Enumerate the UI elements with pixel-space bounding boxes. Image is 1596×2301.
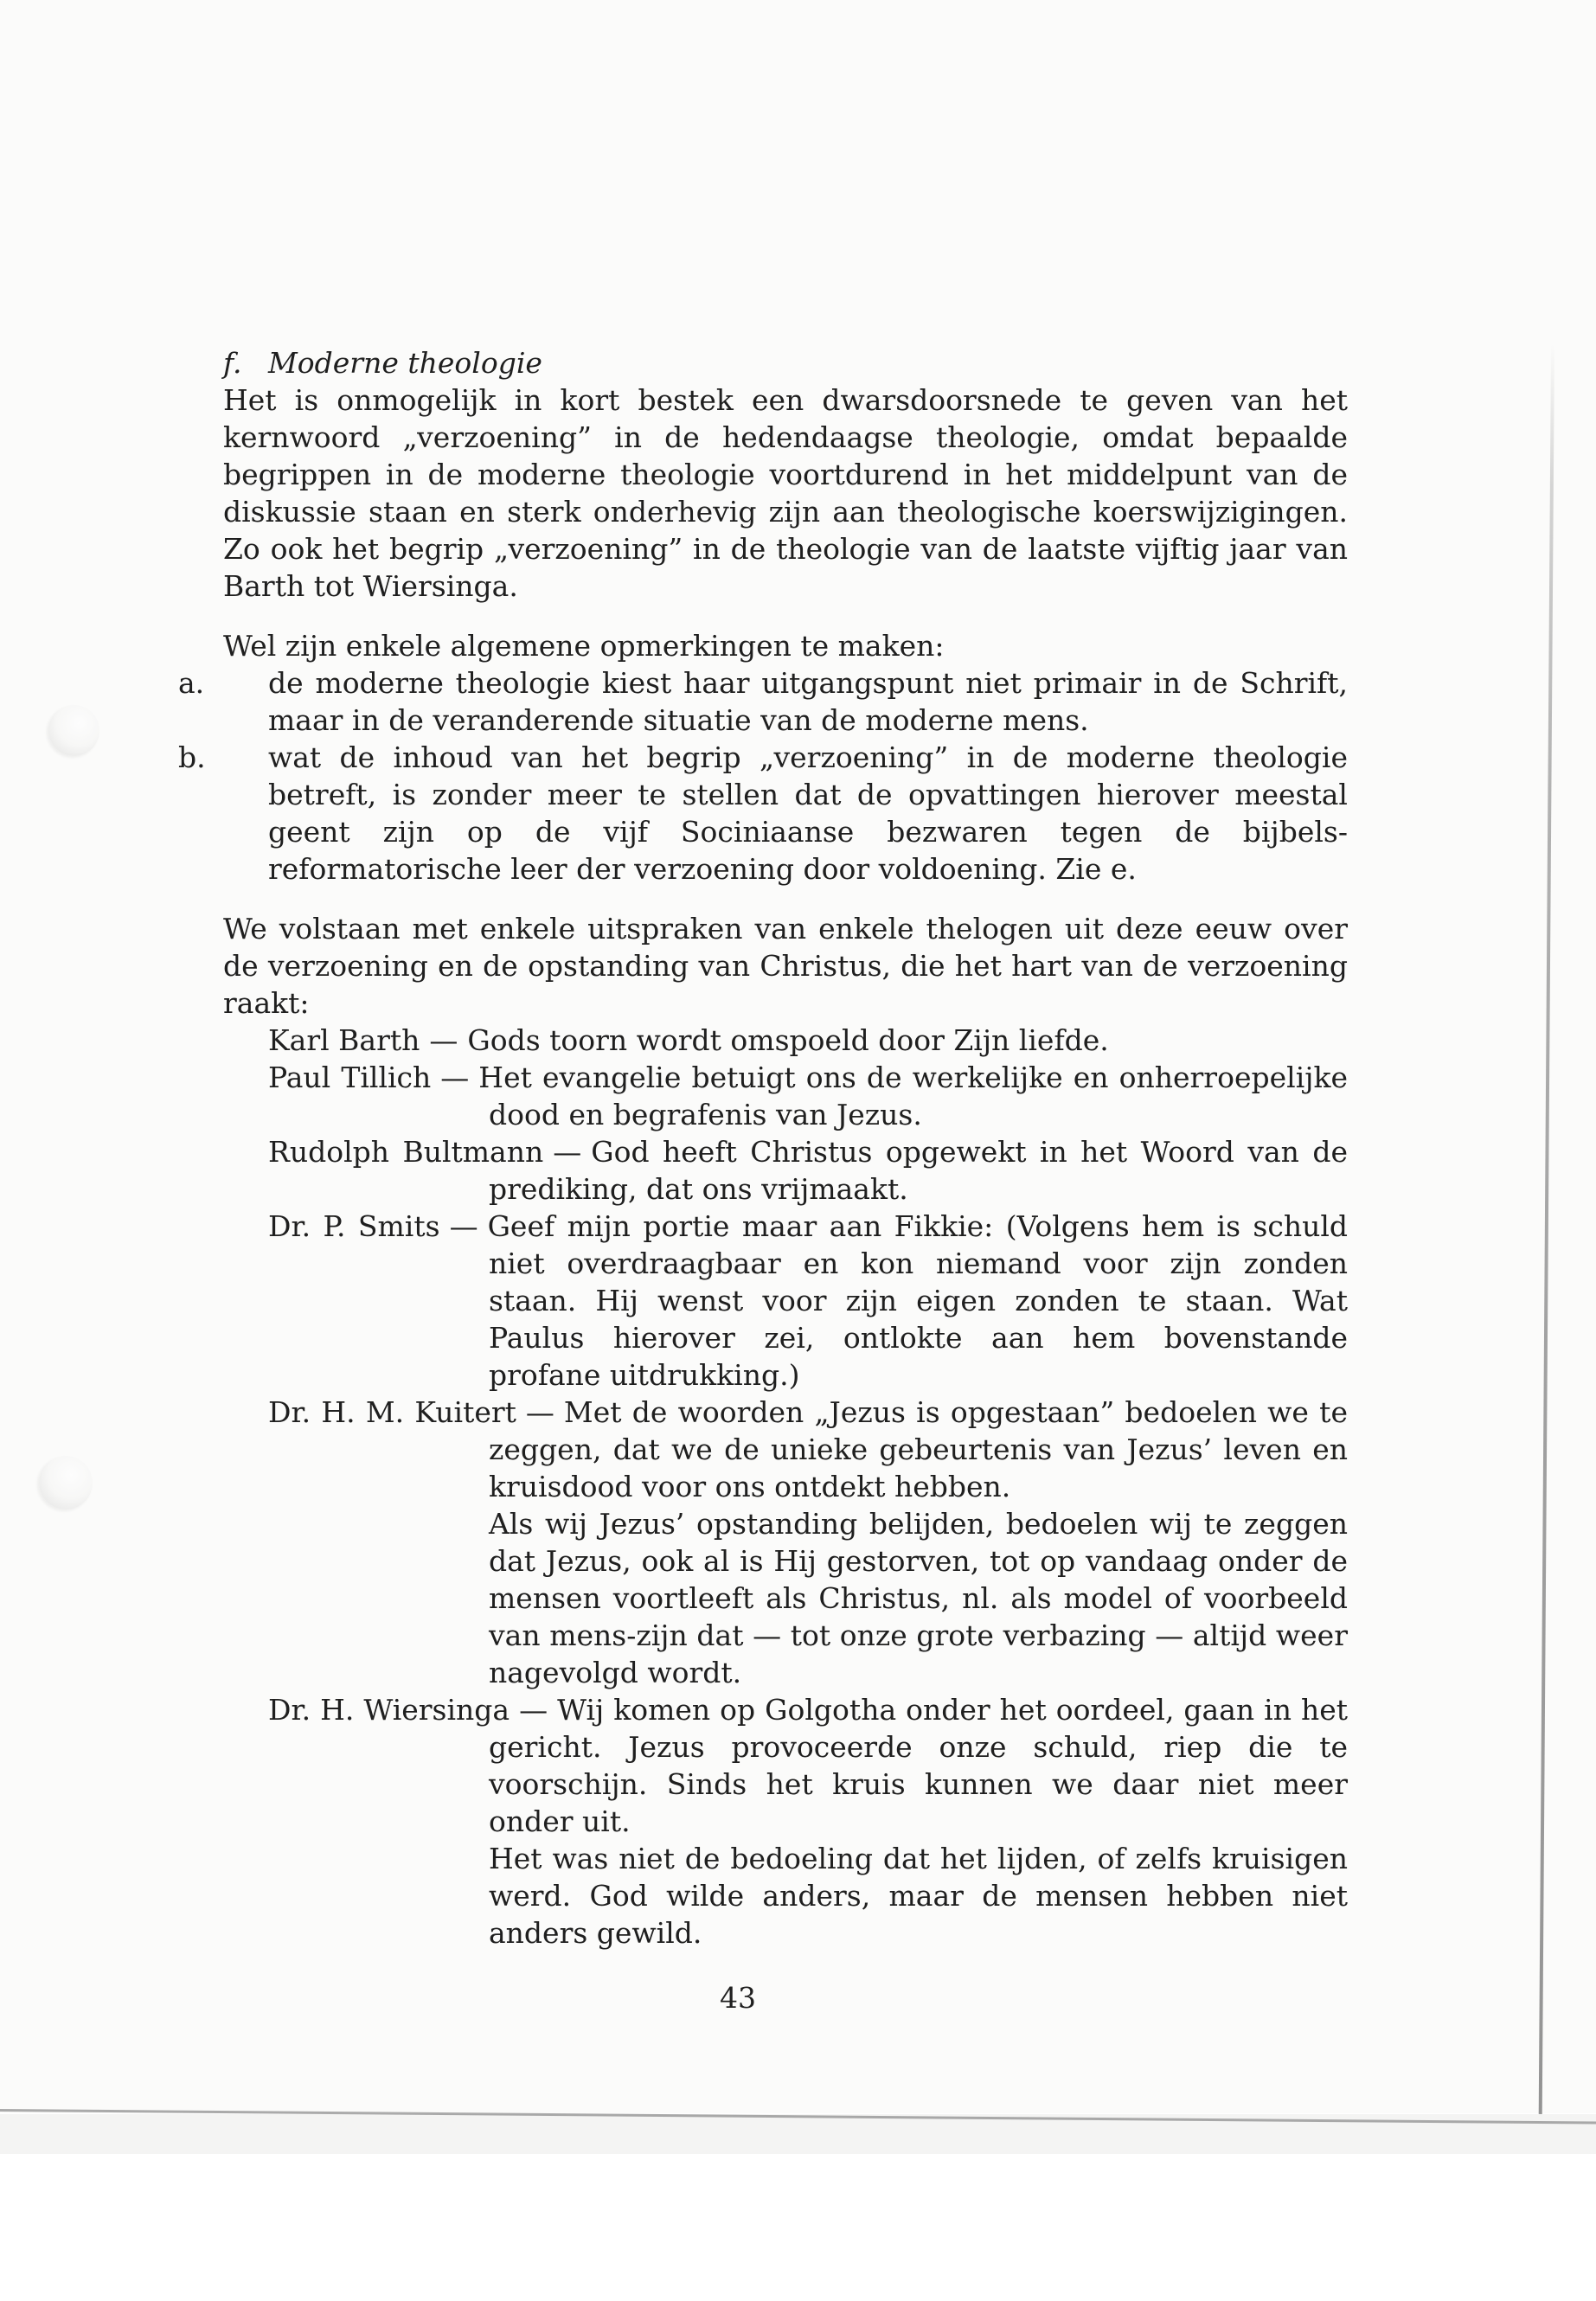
dash-separator: — xyxy=(429,1023,458,1057)
statement-item: b.Paul Tillich—Het evangelie betuigt ons… xyxy=(223,1059,1348,1133)
statement-text: Met de woorden „Jezus is opgestaan” bedo… xyxy=(489,1395,1348,1503)
statement-author: Dr. P. Smits xyxy=(268,1209,440,1243)
section-title: Moderne theologie xyxy=(268,346,542,380)
section-heading: f.Moderne theologie xyxy=(223,344,1348,381)
section-letter: f. xyxy=(223,344,268,381)
statement-text: Wij komen op Golgotha onder het oordeel,… xyxy=(489,1693,1348,1838)
statement-item: e.Dr. H. M. Kuitert—Met de woorden „Jezu… xyxy=(223,1394,1348,1505)
dash-separator: — xyxy=(526,1395,554,1429)
statement-letter: d. xyxy=(223,1208,268,1245)
statement-text: God heeft Christus opgewekt in het Woord… xyxy=(489,1135,1348,1206)
remark-text: wat de inhoud van het begrip „verzoening… xyxy=(268,740,1348,886)
statement-text: Het evangelie betuigt ons de werkelijke … xyxy=(478,1061,1348,1131)
remark-letter: a. xyxy=(223,664,268,702)
statements-section: We volstaan met enkele uitspraken van en… xyxy=(223,910,1348,1952)
statement-author: Dr. H. M. Kuitert xyxy=(268,1395,516,1429)
statement-author: Paul Tillich xyxy=(268,1061,431,1094)
punch-hole xyxy=(39,1456,93,1509)
remarks-section: Wel zijn enkele algemene opmerkingen te … xyxy=(223,627,1348,888)
intro-paragraph: Het is onmogelijk in kort bestek een dwa… xyxy=(223,381,1348,605)
statement-item: a.Karl Barth—Gods toorn wordt omspoeld d… xyxy=(223,1022,1348,1059)
remark-item: a.de moderne theologie kiest haar uitgan… xyxy=(223,664,1348,739)
dash-separator: — xyxy=(440,1061,469,1094)
statement-letter: b. xyxy=(223,1059,268,1096)
statement-item: f.Dr. H. Wiersinga—Wij komen op Golgotha… xyxy=(223,1691,1348,1840)
statement-text: Geef mijn portie maar aan Fikkie: (Volge… xyxy=(488,1209,1348,1392)
statement-author: Rudolph Bultmann xyxy=(268,1135,543,1169)
statement-letter: a. xyxy=(223,1022,268,1059)
dash-separator: — xyxy=(450,1209,478,1243)
dash-separator: — xyxy=(519,1693,548,1727)
statement-continuation: Het was niet de bedoeling dat het lijden… xyxy=(489,1840,1348,1952)
remark-item: b.wat de inhoud van het begrip „verzoeni… xyxy=(223,739,1348,888)
remarks-intro: Wel zijn enkele algemene opmerkingen te … xyxy=(223,627,1348,664)
statements-intro: We volstaan met enkele uitspraken van en… xyxy=(223,910,1348,1022)
remark-text: de moderne theologie kiest haar uitgangs… xyxy=(268,666,1348,737)
scanned-page: f.Moderne theologie Het is onmogelijk in… xyxy=(0,0,1596,2113)
punch-hole xyxy=(48,705,99,756)
page-number: 43 xyxy=(176,1979,1300,2016)
statement-author: Karl Barth xyxy=(268,1023,420,1057)
remark-letter: b. xyxy=(223,739,268,776)
text-column: f.Moderne theologie Het is onmogelijk in… xyxy=(223,344,1348,2016)
dash-separator: — xyxy=(553,1135,581,1169)
statement-letter: c. xyxy=(223,1133,268,1170)
statement-item: d.Dr. P. Smits—Geef mijn portie maar aan… xyxy=(223,1208,1348,1394)
statement-continuation: Als wij Jezus’ opstanding belijden, bedo… xyxy=(489,1505,1348,1691)
statement-author: Dr. H. Wiersinga xyxy=(268,1693,510,1727)
statement-letter: e. xyxy=(223,1394,268,1431)
statement-text: Gods toorn wordt omspoeld door Zijn lief… xyxy=(467,1023,1108,1057)
statement-item: c.Rudolph Bultmann—God heeft Christus op… xyxy=(223,1133,1348,1208)
statement-letter: f. xyxy=(223,1691,268,1728)
